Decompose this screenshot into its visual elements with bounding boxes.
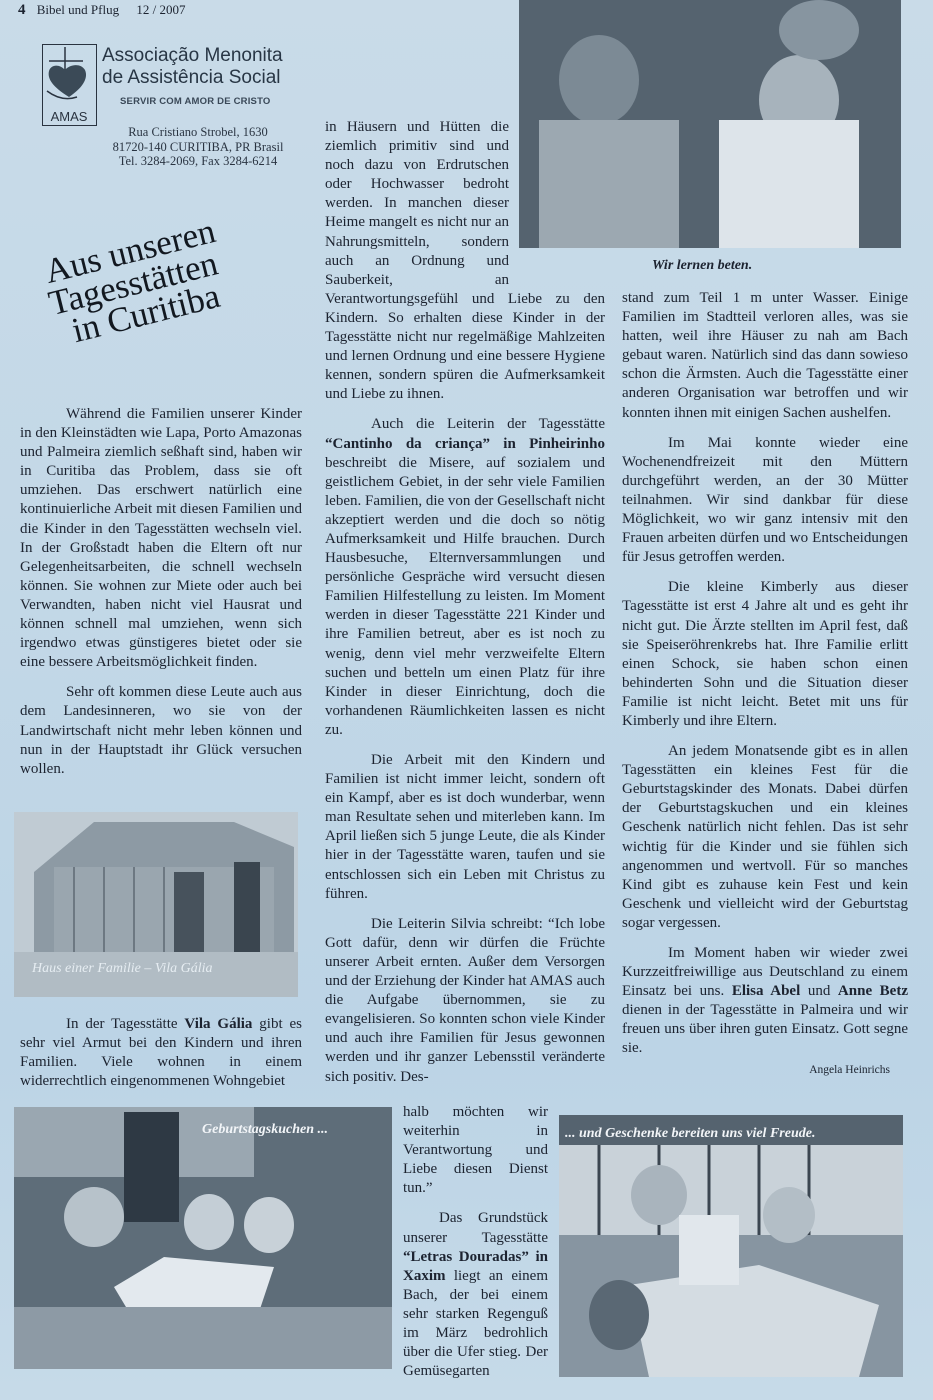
column-1: Während die Familien unserer Kinder in d…: [20, 405, 302, 790]
paragraph: An jedem Monatsende gibt es in allen Tag…: [622, 742, 908, 933]
photo-praying: [519, 0, 901, 248]
paragraph: stand zum Teil 1 m unter Wasser. Einige …: [622, 289, 908, 423]
amas-logo: AMAS: [42, 44, 97, 126]
magazine-name: Bibel und Pflug: [37, 2, 119, 17]
paragraph: halb möchten wir weiterhin in Verantwort…: [403, 1103, 548, 1198]
daycare-name-vila-galia: Vila Gália: [184, 1016, 252, 1032]
cross-heart-icon: AMAS: [43, 45, 96, 125]
organization-address: Rua Cristiano Strobel, 1630 81720-140 CU…: [100, 125, 296, 169]
paragraph: Das Grundstück unserer Tagesstätte “Letr…: [403, 1209, 548, 1381]
volunteer-name: Anne Betz: [838, 983, 908, 999]
volunteer-name: Elisa Abel: [732, 983, 800, 999]
column-2-bottom: halb möchten wir weiterhin in Verantwort…: [403, 1103, 548, 1392]
organization-motto: SERVIR COM AMOR DE CRISTO: [120, 96, 271, 107]
paragraph: Auch die Leiterin der Tagesstätte “Canti…: [325, 415, 605, 740]
page-header: 4 Bibel und Pflug 12 / 2007: [18, 2, 185, 19]
photo-caption-praying: Wir lernen beten.: [652, 258, 752, 274]
photo-birthday-gifts: ... und Geschenke bereiten uns viel Freu…: [559, 1115, 903, 1377]
paragraph: Sehr oft kommen diese Leute auch aus dem…: [20, 683, 302, 778]
org-name-line1: Associação Menonita: [102, 45, 283, 67]
svg-text:Haus einer Familie – Vila Gáli: Haus einer Familie – Vila Gália: [31, 961, 213, 976]
svg-text:Geburtstagskuchen ...: Geburtstagskuchen ...: [202, 1122, 328, 1137]
daycare-name-cantinho: “Cantinho da criança” in Pinheirinho: [325, 436, 605, 452]
author-signature: Angela Heinrichs: [622, 1061, 908, 1080]
paragraph: Die Leiterin Silvia schreibt: “Ich lobe …: [325, 915, 605, 1087]
paragraph: Die Arbeit mit den Kindern und Familien …: [325, 751, 605, 904]
address-city: 81720-140 CURITIBA, PR Brasil: [100, 140, 296, 155]
svg-text:AMAS: AMAS: [51, 109, 88, 124]
page-number: 4: [18, 2, 26, 18]
paragraph: Während die Familien unserer Kinder in d…: [20, 405, 302, 672]
organization-name: Associação Menonita de Assistência Socia…: [102, 45, 283, 89]
paragraph: Die kleine Kimberly aus dieser Tagesstät…: [622, 578, 908, 731]
address-phone: Tel. 3284-2069, Fax 3284-6214: [100, 154, 296, 169]
paragraph: Im Moment haben wir wieder zwei Kurzzeit…: [622, 944, 908, 1059]
article-title: Aus unseren Tagesstätten in Curitiba: [38, 215, 234, 351]
column-2: in Häusern und Hütten die ziemlich primi…: [325, 118, 605, 1087]
paragraph: Im Mai konnte wieder eine Wochenendfreiz…: [622, 434, 908, 568]
address-street: Rua Cristiano Strobel, 1630: [100, 125, 296, 140]
column-3: stand zum Teil 1 m unter Wasser. Einige …: [622, 289, 908, 1080]
column-1-cont: In der Tagesstätte Vila Gália gibt es se…: [20, 1015, 302, 1102]
photo-birthday-cake: Geburtstagskuchen ...: [14, 1107, 392, 1369]
org-name-line2: de Assistência Social: [102, 67, 283, 89]
svg-text:... und Geschenke bereiten uns: ... und Geschenke bereiten uns viel Freu…: [565, 1126, 815, 1141]
paragraph: In der Tagesstätte Vila Gália gibt es se…: [20, 1015, 302, 1091]
photo-house: Haus einer Familie – Vila Gália: [14, 812, 298, 997]
issue-date: 12 / 2007: [136, 2, 185, 17]
